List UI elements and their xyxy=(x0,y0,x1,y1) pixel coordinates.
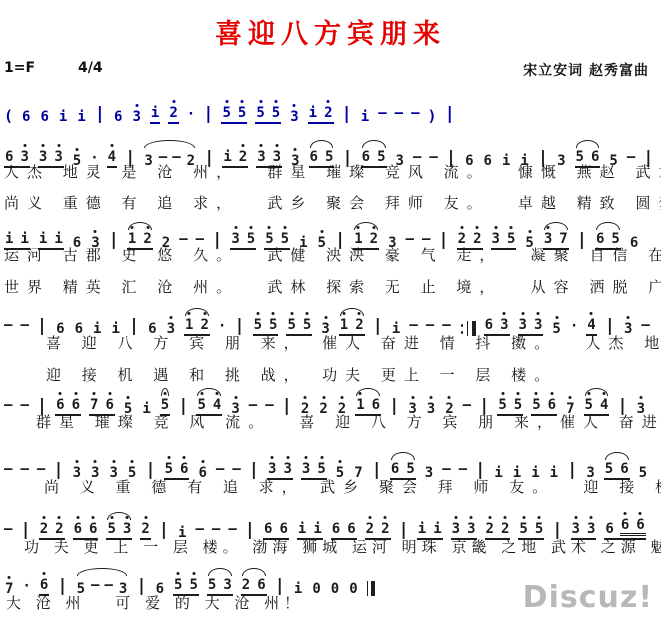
held-beat-dash: – xyxy=(4,318,12,332)
note: 5 xyxy=(221,106,231,120)
beam-group: 55 xyxy=(255,106,281,124)
note: 2 xyxy=(457,232,467,246)
note: 5 xyxy=(271,106,281,120)
barline: | xyxy=(129,318,139,335)
note: i xyxy=(417,522,427,536)
note: 7 xyxy=(89,398,99,412)
barline: | xyxy=(53,462,63,479)
beam-group: 666 xyxy=(604,518,645,540)
note: 5 xyxy=(604,462,614,476)
barline: | xyxy=(605,318,615,335)
held-beat-dash: – xyxy=(4,522,12,536)
note: 4 xyxy=(586,318,596,332)
note: 3 xyxy=(518,318,528,332)
note: 5 xyxy=(376,150,386,164)
held-beat-dash: – xyxy=(179,232,187,246)
note: 6 xyxy=(263,522,273,536)
note: 6 xyxy=(371,398,381,412)
barline: | xyxy=(275,578,285,595)
note: 3 xyxy=(122,522,132,536)
beam-group: i2 xyxy=(308,106,334,124)
note: 4 xyxy=(599,398,609,412)
lyrics-line: 尚义 重德 有 追 求， 武乡 聚会 拜师 友。 卓越 精致 圆梦 想， xyxy=(4,196,661,211)
note: 5 xyxy=(253,318,263,332)
note: i xyxy=(312,522,322,536)
note: i xyxy=(38,232,48,246)
barline: | xyxy=(234,318,244,335)
note: 2 xyxy=(500,522,510,536)
note: 5 xyxy=(302,318,312,332)
note: 5 xyxy=(188,578,198,592)
credits: 宋立安词 赵秀富曲 xyxy=(523,60,649,80)
note: 5 xyxy=(513,398,523,412)
note: i xyxy=(19,232,29,246)
barline: | xyxy=(342,106,352,123)
note: 5 xyxy=(280,232,290,246)
note: 3 xyxy=(543,232,553,246)
barline: | xyxy=(445,106,455,123)
note: 2 xyxy=(238,150,248,164)
lyrics-line: 运河 古郡 史 悠 久。 武健 泱泱 豪 气 走， 凝聚 自信 在 心 头。 xyxy=(4,248,661,263)
note: 5 xyxy=(506,232,516,246)
watermark: Discuz! xyxy=(523,580,653,615)
barline: | xyxy=(245,522,255,539)
note: 2 xyxy=(54,522,64,536)
note: 6 xyxy=(4,150,14,164)
held-beat-dash: – xyxy=(459,462,467,476)
note: 4 xyxy=(107,150,117,164)
note: 5 xyxy=(268,318,278,332)
final-barline xyxy=(367,581,375,596)
note: 5 xyxy=(575,150,585,164)
note: 3 xyxy=(19,150,29,164)
note: 2 xyxy=(199,318,209,332)
note: 5 xyxy=(531,398,541,412)
song-title: 喜迎八方宾朋来 xyxy=(0,12,661,51)
held-beat-dash: – xyxy=(411,106,419,120)
note: 5 xyxy=(160,398,170,412)
note: 2 xyxy=(472,232,482,246)
note: 3 xyxy=(499,318,509,332)
note: 2 xyxy=(369,232,379,246)
note: 2 xyxy=(323,106,333,120)
held-beat-dash: – xyxy=(395,106,403,120)
note: 3 xyxy=(131,110,141,124)
note: 1 xyxy=(127,232,137,246)
note: i xyxy=(58,110,68,124)
note: 5 xyxy=(237,106,247,120)
note: 5 xyxy=(610,232,620,246)
note: 5 xyxy=(518,522,528,536)
note: i xyxy=(76,110,86,124)
note: 2 xyxy=(365,522,375,536)
note: 0 xyxy=(311,582,321,596)
note: i xyxy=(222,150,232,164)
note: 6 xyxy=(331,522,341,536)
note: i xyxy=(150,106,160,120)
lyrics-line: 喜 迎 八 方 宾 朋 来， 催人 奋进 情 抖 擞。 人杰 地灵 是 沧 州， xyxy=(46,336,661,351)
held-beat-dash: – xyxy=(20,462,28,476)
barline: | xyxy=(249,462,259,479)
note: 1 xyxy=(339,318,349,332)
beam-group: i xyxy=(150,106,160,124)
lyrics-line: 世界 精英 汇 沧 州。 武林 探索 无 止 境， 从容 洒脱 广 交 流。 xyxy=(4,280,661,295)
note: 6 xyxy=(71,398,81,412)
note: 3 xyxy=(256,150,266,164)
lyrics-line: 尚 义 重 德 有 追 求， 武乡 聚会 拜 师 友。 迎 接 机 遇 和 挑 … xyxy=(44,480,661,495)
note: 2 xyxy=(354,318,364,332)
barline: | xyxy=(567,462,577,479)
note: 2 xyxy=(140,522,150,536)
lyrics-line: 大 沧 州 可 爱 的 大 沧 州！ xyxy=(6,596,304,611)
note: 2 xyxy=(241,578,251,592)
intro-paren: ( xyxy=(4,109,13,124)
barline: | xyxy=(552,522,562,539)
held-beat-dash: – xyxy=(37,462,45,476)
note: 1 xyxy=(355,398,365,412)
note: 6 xyxy=(55,398,65,412)
note: 6 xyxy=(104,398,114,412)
beam-group: 66 xyxy=(620,518,646,536)
held-beat-dash: – xyxy=(228,522,236,536)
note: 5 xyxy=(164,462,174,476)
held-beat-dash: – xyxy=(641,318,649,332)
note: 2 xyxy=(142,232,152,246)
note: 3 xyxy=(222,578,232,592)
note: 6 xyxy=(179,462,189,476)
held-beat-dash: – xyxy=(378,106,386,120)
note: 2 xyxy=(39,522,49,536)
held-beat-dash: – xyxy=(4,462,12,476)
music-line: –|2266532|i–––|66ii6622|ii332255|33666 xyxy=(4,510,646,540)
note: i xyxy=(297,522,307,536)
note: 3 xyxy=(53,150,63,164)
note: i xyxy=(432,522,442,536)
music-line: 7·6|5––3|6555326|i000 xyxy=(4,566,375,596)
note: 3 xyxy=(289,110,299,124)
barline: | xyxy=(159,522,169,539)
note: 6 xyxy=(39,110,49,124)
note: 3 xyxy=(272,150,282,164)
music-line: (66ii|63i2·|55553i2|i–––)| xyxy=(4,94,455,124)
held-beat-dash: – xyxy=(172,150,180,164)
note: 6 xyxy=(309,150,319,164)
held-beat-dash: – xyxy=(159,150,167,164)
note: 3 xyxy=(230,232,240,246)
barline: | xyxy=(399,522,409,539)
note: 3 xyxy=(267,462,277,476)
note: 3 xyxy=(451,522,461,536)
note: 7 xyxy=(558,232,568,246)
held-beat-dash: – xyxy=(463,398,471,412)
note: 3 xyxy=(301,462,311,476)
augmentation-dot: · xyxy=(218,319,226,333)
held-beat-dash: – xyxy=(249,398,257,412)
note: 2 xyxy=(380,522,390,536)
note: 5 xyxy=(196,398,206,412)
held-beat-dash: – xyxy=(265,398,273,412)
held-beat-dash: – xyxy=(429,150,437,164)
note: 6 xyxy=(390,462,400,476)
note: 6 xyxy=(484,318,494,332)
beam-group: 55 xyxy=(221,106,247,124)
time-signature: 4/4 xyxy=(78,60,103,76)
note: 6 xyxy=(635,518,645,532)
held-beat-dash: – xyxy=(442,318,450,332)
note: 3 xyxy=(533,318,543,332)
barline: | xyxy=(37,318,47,335)
note: 3 xyxy=(571,522,581,536)
lyrics-line: 迎 接 机 遇 和 挑 战， 功夫 更上 一 层 楼。 xyxy=(46,368,557,383)
note: 6 xyxy=(619,462,629,476)
note: 6 xyxy=(256,578,266,592)
note: 6 xyxy=(604,522,614,536)
held-beat-dash: – xyxy=(20,398,28,412)
beam-group: 2 xyxy=(168,106,178,124)
music-line: –––|3335|566––|333557|653––|iiii|3565 xyxy=(4,450,648,480)
note: 5 xyxy=(497,398,507,412)
note: 5 xyxy=(534,522,544,536)
note: 6 xyxy=(113,110,123,124)
note: 3 xyxy=(466,522,476,536)
barline: | xyxy=(57,578,67,595)
barline: | xyxy=(475,462,485,479)
barline: | xyxy=(136,578,146,595)
note: 6 xyxy=(21,110,31,124)
barline: | xyxy=(20,522,30,539)
note: 6 xyxy=(278,522,288,536)
note: 5 xyxy=(264,232,274,246)
augmentation-dot: · xyxy=(570,319,578,333)
barline: | xyxy=(372,462,382,479)
note: 1 xyxy=(353,232,363,246)
note: i xyxy=(4,232,14,246)
note: i xyxy=(360,110,370,124)
held-beat-dash: – xyxy=(232,462,240,476)
note: 6 xyxy=(595,232,605,246)
barline: | xyxy=(203,106,213,123)
note: 5 xyxy=(207,578,217,592)
note: i xyxy=(53,232,63,246)
note: 2 xyxy=(485,522,495,536)
held-beat-dash: – xyxy=(212,522,220,536)
barline: | xyxy=(95,106,105,123)
note: 4 xyxy=(212,398,222,412)
intro-paren: ) xyxy=(428,109,437,124)
held-beat-dash: – xyxy=(406,232,414,246)
note: 6 xyxy=(73,522,83,536)
lyrics-line: 人杰 地灵 是 沧 州， 群星 璀璨 竞风 流。 慷慨 燕赵 武术 乡， xyxy=(4,165,661,180)
held-beat-dash: – xyxy=(216,462,224,476)
augmentation-dot: · xyxy=(22,579,30,593)
barline: | xyxy=(145,462,155,479)
note: 5 xyxy=(255,106,265,120)
note: 3 xyxy=(282,462,292,476)
note: 5 xyxy=(584,398,594,412)
note: 5 xyxy=(316,462,326,476)
note: 5 xyxy=(405,462,415,476)
note: 6 xyxy=(88,522,98,536)
held-beat-dash: – xyxy=(196,232,204,246)
held-beat-dash: – xyxy=(195,522,203,536)
augmentation-dot: · xyxy=(187,107,195,121)
barline: | xyxy=(373,318,383,335)
held-beat-dash: – xyxy=(627,150,635,164)
lyrics-line: 群星 璀璨 竞 风 流。 喜 迎 八 方 宾 朋 来，催人 奋进 情 抖 擞。 xyxy=(36,415,661,430)
held-beat-dash: – xyxy=(442,462,450,476)
lyrics-line: 功 夫 更 上 一 层 楼。 渤海 狮城 运河 明珠 京畿 之地 武术 之源 魅… xyxy=(24,540,661,555)
note: 5 xyxy=(173,578,183,592)
note: 5 xyxy=(246,232,256,246)
note: 1 xyxy=(184,318,194,332)
music-line: ––|66ii|6312·|5555312|i–––63335·4|3– xyxy=(4,306,650,336)
note: 6 xyxy=(547,398,557,412)
note: 6 xyxy=(620,518,630,532)
note: 5 xyxy=(286,318,296,332)
note: 6 xyxy=(590,150,600,164)
note: i xyxy=(308,106,318,120)
note: 5 xyxy=(324,150,334,164)
music-line: ––|66765i5|543––|22216|332–|5556754|3 xyxy=(4,386,646,416)
held-beat-dash: – xyxy=(104,578,112,592)
key-signature: 1=F xyxy=(4,60,35,76)
note: 6 xyxy=(361,150,371,164)
held-beat-dash: – xyxy=(4,398,12,412)
note: 0 xyxy=(348,582,358,596)
held-beat-dash: – xyxy=(413,150,421,164)
sheet-music-page: 喜迎八方宾朋来 1=F 4/4 宋立安词 赵秀富曲 (66ii|63i2·|55… xyxy=(0,0,661,624)
note: 2 xyxy=(168,106,178,120)
note: 6 xyxy=(346,522,356,536)
held-beat-dash: – xyxy=(91,578,99,592)
note: 3 xyxy=(586,522,596,536)
held-beat-dash: – xyxy=(20,318,28,332)
note: 3 xyxy=(38,150,48,164)
held-beat-dash: – xyxy=(409,318,417,332)
note: 6 xyxy=(39,578,49,592)
held-beat-dash: – xyxy=(426,318,434,332)
held-beat-dash: – xyxy=(422,232,430,246)
note: 3 xyxy=(491,232,501,246)
note: 0 xyxy=(330,582,340,596)
note: 5 xyxy=(106,522,116,536)
